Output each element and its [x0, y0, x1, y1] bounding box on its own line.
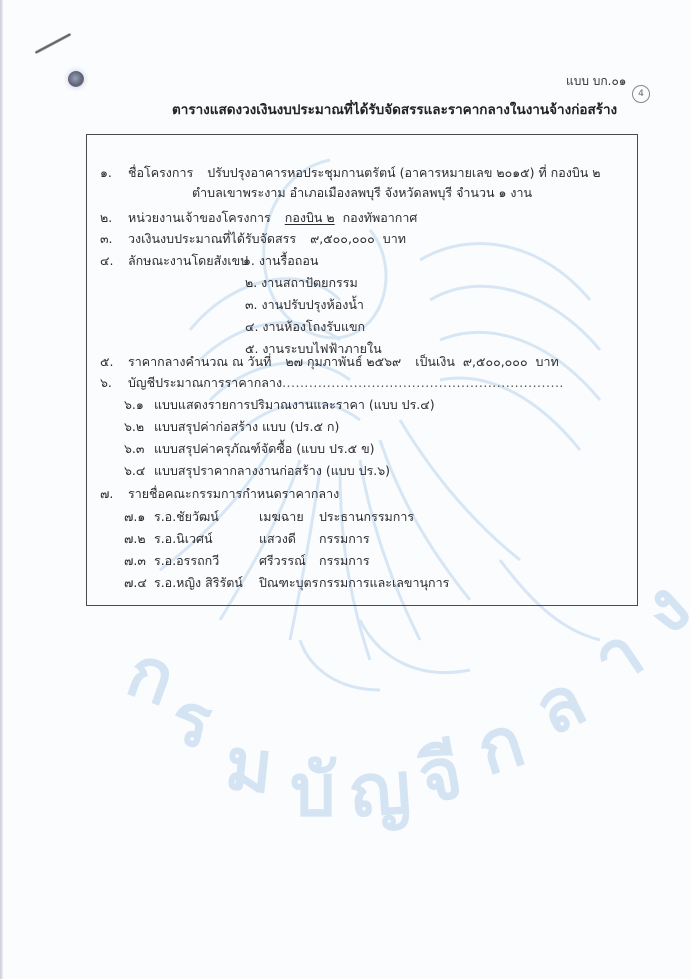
- owner-parent: กองทัพอากาศ: [343, 210, 418, 225]
- budget-amount: ๙,๕๐๐,๐๐๐: [310, 231, 375, 246]
- committee-member: ๗.๓ร.อ.อรรถกวี ศรีวรรณ์ กรรมการ: [124, 551, 219, 571]
- member-role: กรรมการและเลขานุการ: [319, 573, 449, 593]
- item-number: ๕.: [100, 352, 128, 372]
- member-name: ร.อ.ชัยวัฒน์: [154, 509, 219, 524]
- svg-text:า: า: [577, 610, 657, 702]
- median-price-unit: บาท: [536, 354, 559, 369]
- svg-text:ม: ม: [221, 721, 277, 810]
- member-surname: ปิณฑะบุตร: [259, 573, 318, 593]
- item-project: ๑.ชื่อโครงการปรับปรุงอาคารหอประชุมกานตรั…: [100, 163, 601, 183]
- committee-member: ๗.๒ร.อ.นิเวศน์ แสวงดี กรรมการ: [124, 529, 212, 549]
- item-number: ๓.: [100, 229, 128, 249]
- svg-text:ร: ร: [164, 675, 220, 765]
- project-value-line2: ตำบลเขาพระงาม อำเภอเมืองลพบุรี จังหวัดลพ…: [192, 183, 532, 203]
- sub-item-text: แบบสรุปค่าครุภัณฑ์จัดซื้อ (แบบ ปร.๕ ข): [154, 441, 375, 456]
- svg-text:ก: ก: [466, 698, 533, 791]
- item-number: ๒.: [100, 208, 128, 228]
- budget-unit: บาท: [383, 231, 406, 246]
- member-role: กรรมการ: [319, 551, 370, 571]
- member-role: กรรมการ: [319, 529, 370, 549]
- median-price-date: ๒๗ กุมภาพันธ์ ๒๕๖๙: [285, 354, 401, 369]
- item-label: ราคากลางคำนวณ ณ วันที่: [128, 354, 271, 369]
- sub-item-text: แบบแสดงรายการปริมาณงานและราคา (แบบ ปร.๔): [154, 397, 435, 412]
- staple-mark: [35, 33, 72, 54]
- median-price-amount-label: เป็นเงิน: [415, 354, 455, 369]
- item-label: วงเงินงบประมาณที่ได้รับจัดสรร: [128, 231, 296, 246]
- fill-dots: ........................................…: [282, 375, 564, 390]
- item-committee: ๗.รายชื่อคณะกรรมการกำหนดราคากลาง: [100, 484, 339, 504]
- sub-item-text: แบบสรุปราคากลางงานก่อสร้าง (แบบ ปร.๖): [154, 463, 390, 478]
- committee-member: ๗.๔ร.อ.หญิง สิริรัตน์ ปิณฑะบุตร กรรมการแ…: [124, 573, 243, 593]
- work-type-item: ๒. งานสถาปัตยกรรม: [245, 273, 358, 293]
- item-median-price: ๕.ราคากลางคำนวณ ณ วันที่๒๗ กุมภาพันธ์ ๒๕…: [100, 352, 559, 372]
- document-title: ตารางแสดงวงเงินงบประมาณที่ได้รับจัดสรรแล…: [172, 98, 617, 120]
- member-number: ๗.๔: [124, 573, 154, 593]
- item-number: ๗.: [100, 484, 128, 504]
- estimate-sub-item: ๖.๔แบบสรุปราคากลางงานก่อสร้าง (แบบ ปร.๖): [124, 461, 390, 481]
- item-label: บัญชีประมาณการราคากลาง: [128, 375, 282, 390]
- sub-item-number: ๖.๓: [124, 439, 154, 459]
- estimate-sub-item: ๖.๒แบบสรุปค่าก่อสร้าง แบบ (ปร.๕ ก): [124, 417, 339, 437]
- member-name: ร.อ.นิเวศน์: [154, 531, 212, 546]
- svg-text:ญ: ญ: [346, 745, 413, 834]
- work-type-item: ๔. งานห้องโถงรับแขก: [245, 317, 365, 337]
- committee-member: ๗.๑ร.อ.ชัยวัฒน์ เมฆฉาย ประธานกรรมการ: [124, 507, 219, 527]
- member-name: ร.อ.อรรถกวี: [154, 553, 219, 568]
- owner-unit: กองบิน ๒: [285, 210, 335, 225]
- item-owner: ๒.หน่วยงานเจ้าของโครงการกองบิน ๒ กองทัพอ…: [100, 208, 417, 228]
- item-estimate-list: ๖.บัญชีประมาณการราคากลาง................…: [100, 373, 564, 393]
- member-number: ๗.๓: [124, 551, 154, 571]
- estimate-sub-item: ๖.๑แบบแสดงรายการปริมาณงานและราคา (แบบ ปร…: [124, 395, 435, 415]
- page-edge-shadow: [0, 0, 3, 979]
- sub-item-number: ๖.๒: [124, 417, 154, 437]
- item-budget: ๓.วงเงินงบประมาณที่ได้รับจัดสรร๙,๕๐๐,๐๐๐…: [100, 229, 406, 249]
- item-number: ๔.: [100, 251, 128, 271]
- item-label: ลักษณะงานโดยสังเขป: [128, 253, 248, 268]
- punch-hole: [68, 71, 84, 87]
- member-surname: แสวงดี: [259, 529, 296, 549]
- svg-text:ก: ก: [117, 628, 187, 722]
- item-label: ชื่อโครงการ: [128, 165, 193, 180]
- item-work-type: ๔.ลักษณะงานโดยสังเขป: [100, 251, 248, 271]
- svg-text:บั: บั: [290, 748, 337, 832]
- item-number: ๑.: [100, 163, 128, 183]
- svg-text:ล: ล: [521, 657, 597, 752]
- member-number: ๗.๒: [124, 529, 154, 549]
- estimate-sub-item: ๖.๓แบบสรุปค่าครุภัณฑ์จัดซื้อ (แบบ ปร.๕ ข…: [124, 439, 375, 459]
- svg-text:จี: จี: [412, 730, 468, 820]
- member-name: ร.อ.หญิง สิริรัตน์: [154, 575, 243, 590]
- page-number-mark: 4: [632, 85, 650, 103]
- member-number: ๗.๑: [124, 507, 154, 527]
- sub-item-text: แบบสรุปค่าก่อสร้าง แบบ (ปร.๕ ก): [154, 419, 339, 434]
- work-type-item: ๑. งานรื้อถอน: [243, 251, 318, 271]
- member-surname: เมฆฉาย: [259, 507, 304, 527]
- sub-item-number: ๖.๔: [124, 461, 154, 481]
- item-number: ๖.: [100, 373, 128, 393]
- item-label: หน่วยงานเจ้าของโครงการ: [128, 210, 271, 225]
- member-surname: ศรีวรรณ์: [259, 551, 306, 571]
- median-price-amount: ๙,๕๐๐,๐๐๐: [463, 354, 528, 369]
- member-role: ประธานกรรมการ: [319, 507, 414, 527]
- project-value-line1: ปรับปรุงอาคารหอประชุมกานตรัตน์ (อาคารหมา…: [207, 165, 600, 180]
- work-type-item: ๓. งานปรับปรุงห้องน้ำ: [245, 295, 364, 315]
- sub-item-number: ๖.๑: [124, 395, 154, 415]
- form-code: แบบ บก.๐๑: [566, 72, 626, 91]
- item-label: รายชื่อคณะกรรมการกำหนดราคากลาง: [128, 486, 339, 501]
